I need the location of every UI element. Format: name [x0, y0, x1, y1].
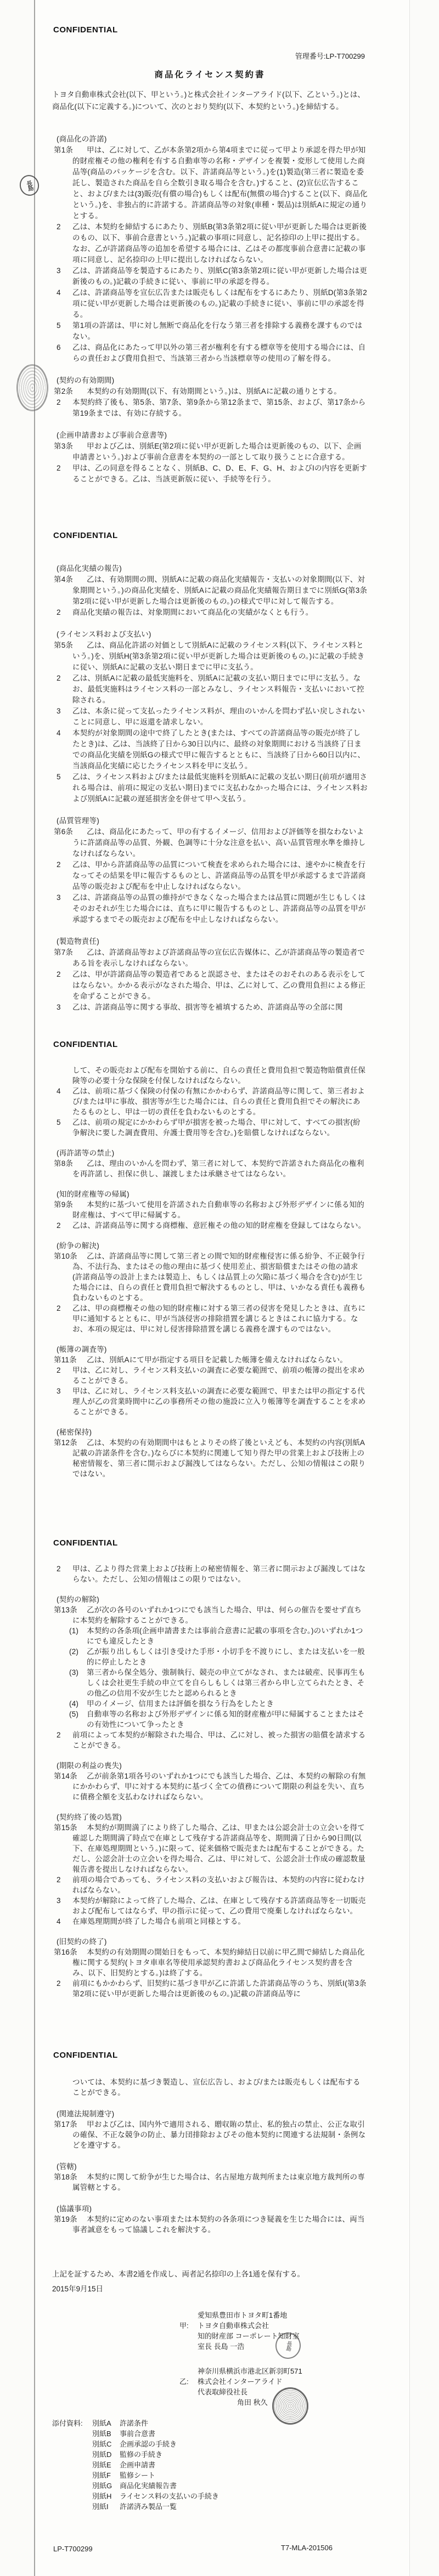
attachment-name: 監修の手続き [120, 2450, 162, 2459]
clause-text: 乙は、理由のいかんを問わず、第三者に対して、本契約で許諾された商品化の権利を再許… [72, 1158, 368, 1179]
clause-number: 3 [57, 1386, 61, 1396]
party-kou-address: 愛知県豊田市トヨタ町1番地 [198, 2310, 300, 2320]
article-clause: 第17条甲および乙は、国内外で適用される、贈収賄の禁止、私的独占の禁止、公正な取… [72, 2119, 368, 2150]
clause-text: 本契約の有効期間(以下、有効期間という。)は、別紙Aに記載の通りとする。 [72, 386, 368, 397]
attachment-name: ライセンス料の支払いの手続き [120, 2492, 219, 2500]
attachment-row: 別紙A許諾条件 [92, 2418, 316, 2428]
clause-text: 乙は、許諾商品等の品質の維持ができなくなった場合または品質に問題が生じもしくはそ… [72, 892, 368, 925]
article-clause: 第13条乙が次の各号のいずれか1つにでも該当した場合、甲は、何らの催告を要せず直… [72, 1605, 368, 1626]
article-item: 2甲は、乙に対し、ライセンス料支払いの調査に必要な範囲で、前項の帳簿の提出を求め… [72, 1365, 368, 1386]
clause-text: 本契約の各条項(企画申請書または事前合意書に記載の事項を含む。)のいずれか1つに… [87, 1626, 368, 1646]
clause-text: 自動車等の名称および外形デザインに係る知的財産権が甲に帰属することまたはその有効… [87, 1709, 368, 1730]
party-otsu-label: 乙: [179, 2376, 189, 2387]
clause-number: 第18条 [54, 2172, 77, 2182]
clause-number: 第6条 [54, 826, 73, 837]
clause-number: 2 [57, 1220, 61, 1231]
party-kou-department: 知的財産部 コーポレート知財室 [198, 2331, 300, 2341]
page-2-clauses: (商品化実績の報告)第4条乙は、有効期間の間、別紙Aに記載の商品化実績報告・支払… [0, 563, 439, 1013]
page-5: CONFIDENTIAL ついては、本契約に基づき製造し、宣伝広告し、および/ま… [0, 2026, 439, 2576]
clause-number: 2 [57, 1875, 61, 1885]
article-subitem: (5)自動車等の名称および外形デザインに係る知的財産権が甲に帰属することまたはそ… [87, 1709, 368, 1730]
attachment-row: 別紙B事前合意書 [92, 2428, 316, 2439]
page-3-clauses: して、その販売および配布を開始する前に、自らの責任と費用負担で製造物賠償責任保険… [0, 1065, 439, 1479]
clause-number: 第7条 [54, 947, 73, 958]
confidential-marking: CONFIDENTIAL [53, 1040, 118, 1049]
article-item: 2前項の場合であっても、ライセンス料の支払いおよび報告は、本契約の内容に従わなけ… [72, 1875, 368, 1895]
attachment-tag: 別紙D [92, 2449, 120, 2460]
clause-text: 乙は、前項に基づく保険の付保の有無にかかわらず、許諾商品等に関して、第三者および… [72, 1086, 368, 1117]
page-1: CONFIDENTIAL 管理番号:LP-T700299 商品化ライセンス契約書… [0, 0, 439, 507]
article-item: 4在庫処理期間が終了した場合も前項と同様とする。 [72, 1916, 368, 1927]
article-clause: 第7条乙は、許諾商品等および許諾商品等の宣伝広告媒体に、乙が許諾商品等の製造者で… [72, 947, 368, 969]
page-1-clauses: (商品化の許諾)第1条甲は、乙に対して、乙が本条第2項から第4項までに従って甲よ… [0, 134, 439, 485]
clause-text: 乙が次の各号のいずれか1つにでも該当した場合、甲は、何らの催告を要せず直ちに本契… [72, 1605, 368, 1626]
clause-number: 3 [57, 265, 61, 276]
clause-group-heading: (製造物責任) [57, 936, 364, 947]
article-item: 5乙は、ライセンス料および/または最低実施料を別紙Aに記載の支払い期日(前項が適… [72, 772, 368, 805]
party-otsu-signer-line: 角田 秋久 [198, 2397, 302, 2408]
clause-text: 乙は、別紙Aにて甲が指定する項目を記載した帳簿を備えなければならない。 [72, 1355, 368, 1365]
page-3: CONFIDENTIAL して、その販売および配布を開始する前に、自らの責任と費… [0, 1016, 439, 1514]
clause-text: 乙は、甲が許諾商品等の製造者であると誤認させ、またはそのおそれのある表示をしては… [72, 969, 368, 1002]
clause-text: (再許諾等の禁止) [57, 1148, 364, 1158]
article-item: 2本契約終了後も、第5条、第7条、第9条から第12条まで、第15条、および、第1… [72, 397, 368, 419]
article-clause: 第16条本契約の有効期間の開始日をもって、本契約締結日以前に甲乙間で締結した商品… [72, 1947, 368, 1978]
party-otsu-signature-block: 神奈川県横浜市港北区新羽町571 乙: 株式会社インターアライド 代表取締役社長… [198, 2366, 302, 2408]
clause-number: 第13条 [54, 1605, 77, 1615]
article-item: 2乙は、本契約を締結するにあたり、別紙B(第3条第2項に従い甲が更新した場合は更… [72, 222, 368, 265]
clause-number: 第1条 [54, 145, 73, 156]
attachment-name: 許諾条件 [120, 2419, 148, 2427]
clause-text: 甲は、乙より得た営業上および技術上の秘密情報を、第三者に開示および漏洩してはなら… [72, 1564, 368, 1584]
signing-date: 2015年9月15日 [52, 2283, 103, 2294]
clause-text: (帳簿の調査等) [57, 1344, 364, 1355]
clause-text: 甲は、乙の同意を得ることなく、別紙B、C、D、E、F、G、H、およびIの内容を更… [72, 463, 368, 485]
clause-text: 乙は、商品化許諾の対価として別紙Aに記載のライセンス料(以下、ライセンス料という… [72, 640, 368, 673]
attachment-name: 企画申請書 [120, 2461, 155, 2469]
clause-text: ついては、本契約に基づき製造し、宣伝広告し、および/または販売もしくは配布するこ… [72, 2077, 368, 2098]
attachment-tag: 別紙G [92, 2481, 120, 2491]
attachment-name: 企画承認の手続き [120, 2440, 177, 2448]
confidential-marking: CONFIDENTIAL [53, 531, 118, 540]
clause-number: 2 [57, 607, 61, 618]
clause-text: (企画申請書および事前合意書等) [57, 430, 364, 441]
clause-text: 乙は、許諾商品等を製造するにあたり、別紙C(第3条第2項に従い甲が更新した場合は… [72, 265, 368, 287]
attachments-list: 添付資料: 別紙A許諾条件別紙B事前合意書別紙C企画承認の手続き別紙D監修の手続… [52, 2418, 316, 2512]
article-item: 2乙は、甲から許諾商品等の品質について検査を求められた場合には、速やかに検査を行… [72, 859, 368, 892]
attachment-name: 商品化実績報告書 [120, 2482, 177, 2490]
clause-text: 乙は、許諾商品等に関して第三者との間で知的財産権侵害に係る紛争、不正競争行為、不… [72, 1251, 368, 1303]
clause-number: 2 [57, 1365, 61, 1375]
control-number: 管理番号:LP-T700299 [0, 50, 365, 61]
party-kou-name-line: 甲: トヨタ自動車株式会社 [198, 2320, 300, 2331]
party-otsu-name-line: 乙: 株式会社インターアライド [198, 2376, 302, 2387]
party-otsu-address: 神奈川県横浜市港北区新羽町571 [198, 2366, 302, 2376]
article-clause: 第2条本契約の有効期間(以下、有効期間という。)は、別紙Aに記載の通りとする。 [72, 386, 368, 397]
article-item: 3乙は、許諾商品等の品質の維持ができなくなった場合または品質に問題が生じもしくは… [72, 892, 368, 925]
article-clause: 第1条甲は、乙に対して、乙が本条第2項から第4項までに従って甲より承認を得た甲が… [72, 145, 368, 222]
continued-paragraph: ついては、本契約に基づき製造し、宣伝広告し、および/または販売もしくは配布するこ… [72, 2077, 368, 2098]
clause-number: (3) [69, 1667, 78, 1678]
clause-number: 2 [57, 463, 61, 474]
clause-text: (秘密保持) [57, 1427, 364, 1437]
clause-text: 在庫処理期間が終了した場合も前項と同様とする。 [72, 1916, 368, 1927]
clause-number: 2 [57, 673, 61, 684]
party-kou-company: トヨタ自動車株式会社 [198, 2322, 269, 2330]
clause-text: (紛争の解決) [57, 1241, 364, 1251]
clause-text: 乙は、有効期間の間、別紙Aに記載の商品化実績報告・支払いの対象期間(以下、対象期… [72, 574, 368, 607]
clause-text: 第1項の許諾は、甲に対し無断で商品化を行なう第三者を排除する義務を課すものではな… [72, 320, 368, 342]
clause-group-heading: (紛争の解決) [57, 1241, 364, 1251]
clause-number: 第5条 [54, 640, 73, 651]
clause-text: (契約の有効期間) [57, 375, 364, 386]
article-subitem: (3)第三者から保全処分、強制執行、競売の申立てがなされ、または破産、民事再生も… [87, 1667, 368, 1699]
attachment-tag: 別紙C [92, 2439, 120, 2449]
clause-text: 乙は、ライセンス料および/または最低実施料を別紙Aに記載の支払い期日(前項が適用… [72, 772, 368, 805]
clause-text: 本契約が期間満了により終了した場合、乙は、甲または公認会計士の立会いを得て確認し… [72, 1822, 368, 1875]
clause-text: (品質管理等) [57, 816, 364, 826]
clause-number: (5) [69, 1709, 78, 1719]
article-item: 4本契約が対象期間の途中で終了したとき(または、すべての許諾商品等の販売が終了し… [72, 728, 368, 772]
clause-number: 4 [57, 1086, 61, 1096]
clause-text: 乙は、許諾商品等および許諾商品等の宣伝広告媒体に、乙が許諾商品等の製造者である旨… [72, 947, 368, 969]
clause-group-heading: (契約終了後の処置) [57, 1812, 364, 1822]
party-kou-signature-block: 愛知県豊田市トヨタ町1番地 甲: トヨタ自動車株式会社 知的財産部 コーポレート… [198, 2310, 300, 2352]
clause-group-heading: (商品化の許諾) [57, 134, 364, 145]
preamble-paragraph: トヨタ自動車株式会社(以下、甲という。)と株式会社インターアライド(以下、乙とい… [52, 89, 369, 113]
clause-number: 第3条 [54, 441, 73, 452]
article-clause: 第11条乙は、別紙Aにて甲が指定する項目を記載した帳簿を備えなければならない。 [72, 1355, 368, 1365]
clause-text: 前項によって本契約が解除された場合、甲は、乙に対し、被った損害の賠償を請求するこ… [72, 1730, 368, 1751]
clause-text: (協議事項) [57, 2204, 364, 2214]
article-item: 2甲は、乙より得た営業上および技術上の秘密情報を、第三者に開示および漏洩してはな… [72, 1564, 368, 1584]
clause-text: 第三者から保全処分、強制執行、競売の申立てがなされ、または破産、民事再生もしくは… [87, 1667, 368, 1699]
clause-number: 4 [57, 728, 61, 739]
clause-text: 乙は、前項の規定にかかわらず甲が損害を被った場合、甲に対して、すべての損害(紛争… [72, 1117, 368, 1138]
clause-text: 本契約が解除によって終了した場合、乙は、在庫として残存する許諾商品等を一切販売お… [72, 1895, 368, 1916]
confidential-marking: CONFIDENTIAL [53, 25, 118, 35]
article-clause: 第19条本契約に定めのない事項または本契約の各条項につき疑義を生じた場合には、両… [72, 2214, 368, 2235]
article-item: 2商品化実績の報告は、対象期間において商品化の実績がなくとも行う。 [72, 607, 368, 618]
page-2: CONFIDENTIAL (商品化実績の報告)第4条乙は、有効期間の間、別紙Aに… [0, 507, 439, 1016]
article-item: 3本契約が解除によって終了した場合、乙は、在庫として残存する許諾商品等を一切販売… [72, 1895, 368, 1916]
party-otsu-company: 株式会社インターアライド [198, 2377, 282, 2386]
clause-text: 商品化実績の報告は、対象期間において商品化の実績がなくとも行う。 [72, 607, 368, 618]
party-kou-label: 甲: [179, 2320, 189, 2331]
clause-number: 2 [57, 859, 61, 870]
clause-group-heading: (旧契約の終了) [57, 1937, 364, 1947]
clause-group-heading: (関連法規制遵守) [57, 2109, 364, 2119]
attachment-row: 別紙C企画承認の手続き [92, 2439, 316, 2449]
article-item: 2前項にもかかわらず、旧契約に基づき甲が乙に許諾した許諾商品等のうち、別紙I(第… [72, 1978, 368, 1999]
clause-number: 4 [57, 1916, 61, 1927]
clause-group-heading: (期限の利益の喪失) [57, 1760, 364, 1771]
closing-statement: 上記を証するため、本書2通を作成し、両者記名捺印の上各1通を保有する。 [52, 2269, 362, 2280]
article-item: 5乙は、前項の規定にかかわらず甲が損害を被った場合、甲に対して、すべての損害(紛… [72, 1117, 368, 1138]
attachment-row: 別紙D監修の手続き [92, 2449, 316, 2460]
article-clause: 第4条乙は、有効期間の間、別紙Aに記載の商品化実績報告・支払いの対象期間(以下、… [72, 574, 368, 607]
scanned-contract-document: 長島 CONFIDENTIAL 管理番号:LP-T700299 商品化ライセンス… [0, 0, 439, 2576]
clause-number: 第11条 [54, 1355, 77, 1365]
article-item: 4乙は、前項に基づく保険の付保の有無にかかわらず、許諾商品等に関して、第三者およ… [72, 1086, 368, 1117]
article-clause: 第12条乙は、本契約の有効期間中はもとよりその終了後といえども、本契約の内容(別… [72, 1437, 368, 1479]
clause-text: して、その販売および配布を開始する前に、自らの責任と費用負担で製造物賠償責任保険… [72, 1065, 368, 1086]
clause-number: 2 [57, 1730, 61, 1740]
clause-text: 前項にもかかわらず、旧契約に基づき甲が乙に許諾した許諾商品等のうち、別紙I(第3… [72, 1978, 368, 1999]
party-otsu-signer: 角田 秋久 [237, 2398, 268, 2407]
clause-number: 2 [57, 1303, 61, 1314]
clause-number: 5 [57, 772, 61, 783]
clause-number: 第16条 [54, 1947, 77, 1957]
article-clause: 第15条本契約が期間満了により終了した場合、乙は、甲または公認会計士の立会いを得… [72, 1822, 368, 1875]
clause-text: 甲および乙は、別紙E(第2項に従い甲が更新した場合は更新後のもの、以下、企画申請… [72, 441, 368, 463]
article-item: 2乙は、甲の商標権その他の知的財産権に対する第三者の侵害を発見したときは、直ちに… [72, 1303, 368, 1334]
clause-text: 本契約に定めのない事項または本契約の各条項につき疑義を生じた場合には、両当事者誠… [72, 2214, 368, 2235]
clause-number: 2 [57, 1564, 61, 1574]
clause-text: 甲は、乙に対し、ライセンス料支払いの調査に必要な範囲で、甲または甲の指定する代理… [72, 1386, 368, 1417]
article-item: 3乙は、許諾商品等を製造するにあたり、別紙C(第3条第2項に従い甲が更新した場合… [72, 265, 368, 287]
clause-group-heading: (契約の有効期間) [57, 375, 364, 386]
clause-text: 本契約終了後も、第5条、第7条、第9条から第12条まで、第15条、および、第17… [72, 397, 368, 419]
clause-text: 前項の場合であっても、ライセンス料の支払いおよび報告は、本契約の内容に従わなけれ… [72, 1875, 368, 1895]
attachment-row: 別紙E企画申請書 [92, 2460, 316, 2470]
article-clause: 第9条本契約に基づいて使用を許諾された自動車等の名称および外形デザインに係る知的… [72, 1199, 368, 1220]
document-title: 商品化ライセンス契約書 [52, 68, 368, 80]
clause-text: (期限の利益の喪失) [57, 1760, 364, 1771]
clause-group-heading: (契約の解除) [57, 1594, 364, 1605]
clause-number: 3 [57, 892, 61, 903]
clause-number: 第17条 [54, 2119, 77, 2130]
article-item: 2甲は、乙の同意を得ることなく、別紙B、C、D、E、F、G、H、およびIの内容を… [72, 463, 368, 485]
clause-text: 乙は、甲から許諾商品等の品質について検査を求められた場合には、速やかに検査を行な… [72, 859, 368, 892]
article-subitem: (2)乙が振り出しもしくは引き受けた手形・小切手を不渡りにし、または支払いを一般… [87, 1646, 368, 1667]
footer-reference-left: LP-T700299 [53, 2545, 93, 2553]
clause-number: (1) [69, 1626, 78, 1636]
clause-text: 乙は、許諾商品等を宣伝広告または販売もしくは配布をするにあたり、別紙D(第3条第… [72, 287, 368, 320]
article-item: 3乙は、許諾商品等に関する事故、損害等を補填するため、許諾商品等の全部に関 [72, 1002, 368, 1013]
clause-text: 乙は、甲の商標権その他の知的財産権に対する第三者の侵害を発見したときは、直ちに甲… [72, 1303, 368, 1334]
clause-text: 乙は、本契約を締結するにあたり、別紙B(第3条第2項に従い甲が更新した場合は更新… [72, 222, 368, 265]
clause-group-heading: (品質管理等) [57, 816, 364, 826]
clause-text: 乙が前条第1項各号のいずれか1つにでも該当した場合、乙は、本契約の解除の有無にか… [72, 1771, 368, 1802]
clause-group-heading: (管轄) [57, 2161, 364, 2172]
clause-text: 乙は、本契約の有効期間中はもとよりその終了後といえども、本契約の内容(別紙A記載… [72, 1437, 368, 1479]
attachment-name: 事前合意書 [120, 2430, 155, 2438]
article-clause: 第5条乙は、商品化許諾の対価として別紙Aに記載のライセンス料(以下、ライセンス料… [72, 640, 368, 673]
clause-text: 甲および乙は、国内外で適用される、贈収賄の禁止、私的独占の禁止、公正な取引の確保… [72, 2119, 368, 2150]
attachment-row: 別紙Hライセンス料の支払いの手続き [92, 2491, 316, 2501]
clause-group-heading: (帳簿の調査等) [57, 1344, 364, 1355]
clause-text: (商品化の許諾) [57, 134, 364, 145]
clause-group-heading: (ライセンス料および支払い) [57, 629, 364, 640]
clause-number: 2 [57, 222, 61, 233]
clause-number: 6 [57, 342, 61, 353]
clause-text: 甲のイメージ、信用または評価を損なう行為をしたとき [87, 1699, 368, 1709]
clause-text: 乙は、商品化にあたって、甲の有するイメージ、信用および評価等を損なわないように許… [72, 826, 368, 859]
attachment-row: 別紙F監修シート [92, 2470, 316, 2481]
clause-number: 第8条 [54, 1158, 73, 1169]
article-clause: 第6条乙は、商品化にあたって、甲の有するイメージ、信用および評価等を損なわないよ… [72, 826, 368, 859]
clause-group-heading: (企画申請書および事前合意書等) [57, 430, 364, 441]
clause-text: (管轄) [57, 2161, 364, 2172]
clause-text: 乙は、商品化にあたって甲以外の第三者が権利を有する標章等を使用する場合には、自ら… [72, 342, 368, 364]
clause-text: 本契約が対象期間の途中で終了したとき(または、すべての許諾商品等の販売が終了した… [72, 728, 368, 772]
attachments-label: 添付資料: [52, 2418, 83, 2428]
clause-text: 乙は、許諾商品等に関する商標権、意匠権その他の知的財産権を登録してはならない。 [72, 1220, 368, 1231]
article-subitem: (4)甲のイメージ、信用または評価を損なう行為をしたとき [87, 1699, 368, 1709]
attachment-row: 別紙G商品化実績報告書 [92, 2481, 316, 2491]
attachment-row: 別紙I許諾済み製品一覧 [92, 2501, 316, 2512]
attachment-name: 監修シート [120, 2471, 155, 2479]
article-clause: 第8条乙は、理由のいかんを問わず、第三者に対して、本契約で許諾された商品化の権利… [72, 1158, 368, 1179]
clause-number: 5 [57, 1117, 61, 1128]
clause-number: 2 [57, 1978, 61, 1989]
footer-reference-right: T7-MLA-201506 [281, 2544, 333, 2552]
clause-text: 乙は、許諾商品等に関する事故、損害等を補填するため、許諾商品等の全部に関 [72, 1002, 368, 1013]
clause-number: 第2条 [54, 386, 73, 397]
clause-number: 3 [57, 706, 61, 717]
article-item: 5第1項の許諾は、甲に対し無断で商品化を行なう第三者を排除する義務を課すものでは… [72, 320, 368, 342]
clause-number: 第15条 [54, 1822, 77, 1833]
clause-number: 第12条 [54, 1437, 77, 1448]
clause-text: (旧契約の終了) [57, 1937, 364, 1947]
clause-text: (契約終了後の処置) [57, 1812, 364, 1822]
clause-number: (2) [69, 1646, 78, 1657]
attachment-name: 許諾済み製品一覧 [120, 2503, 177, 2511]
clause-text: 甲は、乙に対し、ライセンス料支払いの調査に必要な範囲で、前項の帳簿の提出を求める… [72, 1365, 368, 1386]
article-clause: 第18条本契約に関して紛争が生じた場合は、名古屋地方裁判所または東京地方裁判所の… [72, 2172, 368, 2193]
clause-text: 甲は、乙に対して、乙が本条第2項から第4項までに従って甲より承認を得た甲が知的財… [72, 145, 368, 222]
clause-text: 乙は、本条に従って支払ったライセンス料が、理由のいかんを問わず払い戻しされないこ… [72, 706, 368, 728]
article-item: 3乙は、本条に従って支払ったライセンス料が、理由のいかんを問わず払い戻しされない… [72, 706, 368, 728]
clause-text: 本契約に関して紛争が生じた場合は、名古屋地方裁判所または東京地方裁判所の専属管轄… [72, 2172, 368, 2193]
clause-number: 第19条 [54, 2214, 77, 2224]
clause-number: 第4条 [54, 574, 73, 585]
article-item: 2乙は、許諾商品等に関する商標権、意匠権その他の知的財産権を登録してはならない。 [72, 1220, 368, 1231]
article-item: 3甲は、乙に対し、ライセンス料支払いの調査に必要な範囲で、甲または甲の指定する代… [72, 1386, 368, 1417]
confidential-marking: CONFIDENTIAL [53, 2051, 118, 2060]
clause-group-heading: (再許諾等の禁止) [57, 1148, 364, 1158]
attachment-tag: 別紙A [92, 2418, 120, 2428]
clause-text: (知的財産権等の帰属) [57, 1189, 364, 1199]
clause-group-heading: (知的財産権等の帰属) [57, 1189, 364, 1199]
page-4: CONFIDENTIAL 2甲は、乙より得た営業上および技術上の秘密情報を、第三… [0, 1514, 439, 2026]
clause-text: (契約の解除) [57, 1594, 364, 1605]
article-item: 2乙は、甲が許諾商品等の製造者であると誤認させ、またはそのおそれのある表示をして… [72, 969, 368, 1002]
clause-number: 3 [57, 1002, 61, 1013]
party-kou-signer: 室長 長島 一浩 [198, 2341, 300, 2352]
clause-text: 本契約に基づいて使用を許諾された自動車等の名称および外形デザインに係る知的財産権… [72, 1199, 368, 1220]
clause-number: 2 [57, 397, 61, 408]
attachment-tag: 別紙I [92, 2501, 120, 2512]
clause-number: 2 [57, 969, 61, 980]
article-item: 6乙は、商品化にあたって甲以外の第三者が権利を有する標章等を使用する場合には、自… [72, 342, 368, 364]
clause-text: (関連法規制遵守) [57, 2109, 364, 2119]
article-clause: 第14条乙が前条第1項各号のいずれか1つにでも該当した場合、乙は、本契約の解除の… [72, 1771, 368, 1802]
continued-paragraph: して、その販売および配布を開始する前に、自らの責任と費用負担で製造物賠償責任保険… [72, 1065, 368, 1086]
confidential-marking: CONFIDENTIAL [53, 1538, 118, 1548]
clause-number: 第14条 [54, 1771, 77, 1781]
attachment-tag: 別紙H [92, 2491, 120, 2501]
page-4-clauses: 2甲は、乙より得た営業上および技術上の秘密情報を、第三者に開示および漏洩してはな… [0, 1564, 439, 1999]
article-subitem: (1)本契約の各条項(企画申請書または事前合意書に記載の事項を含む。)のいずれか… [87, 1626, 368, 1646]
clause-text: 本契約の有効期間の開始日をもって、本契約締結日以前に甲乙間で締結した商品化権に関… [72, 1947, 368, 1978]
article-item: 4乙は、許諾商品等を宣伝広告または販売もしくは配布をするにあたり、別紙D(第3条… [72, 287, 368, 320]
clause-text: (ライセンス料および支払い) [57, 629, 364, 640]
clause-text: 乙が振り出しもしくは引き受けた手形・小切手を不渡りにし、または支払いを一般的に停… [87, 1646, 368, 1667]
article-item: 2乙は、別紙Aに記載の最低実施料を、別紙Aに記載の支払い期日までに甲に支払う。な… [72, 673, 368, 706]
clause-number: 3 [57, 1895, 61, 1906]
article-clause: 第10条乙は、許諾商品等に関して第三者との間で知的財産権侵害に係る紛争、不正競争… [72, 1251, 368, 1303]
clause-group-heading: (秘密保持) [57, 1427, 364, 1437]
clause-number: 第10条 [54, 1251, 77, 1261]
clause-number: 第9条 [54, 1199, 73, 1210]
article-item: 2前項によって本契約が解除された場合、甲は、乙に対し、被った損害の賠償を請求する… [72, 1730, 368, 1751]
article-clause: 第3条甲および乙は、別紙E(第2項に従い甲が更新した場合は更新後のもの、以下、企… [72, 441, 368, 463]
clause-text: (商品化実績の報告) [57, 563, 364, 574]
clause-group-heading: (商品化実績の報告) [57, 563, 364, 574]
clause-text: 乙は、別紙Aに記載の最低実施料を、別紙Aに記載の支払い期日までに甲に支払う。なお… [72, 673, 368, 706]
attachment-tag: 別紙B [92, 2428, 120, 2439]
clause-number: 4 [57, 287, 61, 298]
clause-text: (製造物責任) [57, 936, 364, 947]
page-5-clauses: ついては、本契約に基づき製造し、宣伝広告し、および/または販売もしくは配布するこ… [0, 2077, 439, 2235]
party-otsu-title: 代表取締役社長 [198, 2387, 302, 2397]
clause-group-heading: (協議事項) [57, 2204, 364, 2214]
clause-number: 5 [57, 320, 61, 331]
clause-number: (4) [69, 1699, 78, 1709]
attachment-tag: 別紙E [92, 2460, 120, 2470]
attachment-tag: 別紙F [92, 2470, 120, 2481]
attachments-rows: 別紙A許諾条件別紙B事前合意書別紙C企画承認の手続き別紙D監修の手続き別紙E企画… [92, 2418, 316, 2512]
